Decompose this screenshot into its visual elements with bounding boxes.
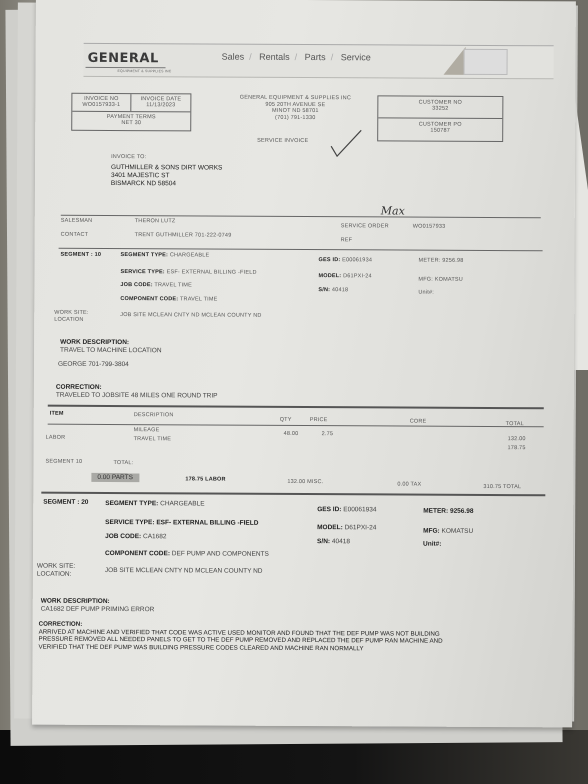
segment-20-model: MODEL: D61PXI-24 xyxy=(317,524,376,531)
segment-10-work-description: WORK DESCRIPTION: TRAVEL TO MACHINE LOCA… xyxy=(60,339,162,356)
bill-to-city: BISMARCK ND 58504 xyxy=(111,180,222,189)
segment-10-service-type: SERVICE TYPE: ESF- EXTERNAL BILLING -FIE… xyxy=(120,269,256,276)
segment-20-service-type: SERVICE TYPE: ESF- EXTERNAL BILLING -FIE… xyxy=(105,519,258,527)
segment-10-note: GEORGE 701-799-3804 xyxy=(58,361,129,368)
customer-no: 33252 xyxy=(378,105,502,112)
line-items-table: ITEM DESCRIPTION QTY PRICE CORE TOTAL LA… xyxy=(36,0,576,1)
labor-total: 178.75 LABOR xyxy=(185,476,225,482)
customer-po: 150787 xyxy=(378,127,502,134)
table-row: TRAVEL TIME 178.75 xyxy=(36,0,576,1)
segment-10-component-code: COMPONENT CODE: TRAVEL TIME xyxy=(120,296,217,303)
segment-10-mfg: MFG: KOMATSU xyxy=(418,277,463,283)
bill-to: INVOICE TO: GUTHMILLER & SONS DIRT WORKS… xyxy=(111,153,223,189)
service-order-label: SERVICE ORDER xyxy=(341,223,389,229)
corner-triangle-icon xyxy=(444,47,466,75)
header-nav: Sales/ Rentals/ Parts/ Service xyxy=(222,52,371,63)
segment-10-work-site-label: WORK SITE: LOCATION xyxy=(54,310,94,323)
segment-20-job-code: JOB CODE: CA1682 xyxy=(105,533,166,540)
company-logo: GENERAL xyxy=(88,51,159,66)
segment-10-unit: Unit#: xyxy=(418,290,434,296)
segment-20-type: SEGMENT TYPE: CHARGEABLE xyxy=(105,500,204,508)
handwritten-checkmark-icon xyxy=(329,128,363,160)
invoice-page: GENERAL EQUIPMENT & SUPPLIES INC Sales/ … xyxy=(32,0,576,727)
segment-20-correction: CORRECTION: ARRIVED AT MACHINE AND VERIF… xyxy=(38,621,442,653)
col-qty: QTY xyxy=(280,417,292,423)
segment-20-work-site-label: WORK SITE: LOCATION: xyxy=(37,563,81,578)
segment-20-work-description: WORK DESCRIPTION: CA1682 DEF PUMP PRIMIN… xyxy=(41,598,155,615)
ref-label: REF xyxy=(341,237,353,243)
contact: TRENT GUTHMILLER 701-222-0749 xyxy=(135,232,232,239)
nav-service: Service xyxy=(341,52,371,62)
salesman: THERON LUTZ xyxy=(135,218,176,224)
segment-20-unit: Unit#: xyxy=(423,541,441,548)
col-core: CORE xyxy=(410,419,427,425)
segment-10-work-site: JOB SITE MCLEAN CNTY ND MCLEAN COUNTY ND xyxy=(120,312,261,319)
company-address: GENERAL EQUIPMENT & SUPPLIES INC 905 20T… xyxy=(215,95,375,122)
invoice-date: 11/13/2023 xyxy=(131,102,190,108)
segment-10-correction: CORRECTION: TRAVELED TO JOBSITE 48 MILES… xyxy=(56,384,218,401)
segment-totals-total-label: TOTAL: xyxy=(113,460,133,466)
document-type: SERVICE INVOICE xyxy=(257,138,308,144)
misc-total: 132.00 MISC. xyxy=(287,479,323,485)
grand-total: 310.75 TOTAL xyxy=(483,484,521,490)
customer-info-box: CUSTOMER NO 33252 CUSTOMER PO 150787 xyxy=(377,95,503,142)
divider xyxy=(41,492,545,496)
parts-total: 0.00 PARTS xyxy=(91,473,139,482)
segment-20-ges-id: GES ID: E00061934 xyxy=(317,506,376,513)
invoice-no: WO0157933-1 xyxy=(72,102,130,108)
col-price: PRICE xyxy=(310,417,328,423)
segment-10-model: MODEL: D61PXI-24 xyxy=(318,273,371,279)
corner-badge xyxy=(444,47,504,75)
salesman-label: SALESMAN xyxy=(61,218,93,224)
divider xyxy=(48,405,544,409)
segment-20-sn: S/N: 40418 xyxy=(317,538,350,545)
contact-label: CONTACT xyxy=(61,232,89,238)
segment-10-header: SEGMENT : 10 xyxy=(61,252,102,258)
divider xyxy=(59,248,543,252)
segment-20-meter: METER: 9256.98 xyxy=(423,508,473,515)
segment-10-job-code: JOB CODE: TRAVEL TIME xyxy=(120,282,192,288)
segment-10-meter: METER: 9256.98 xyxy=(419,258,464,264)
corner-contact-box xyxy=(464,49,508,75)
nav-sales: Sales xyxy=(222,52,245,62)
divider xyxy=(61,215,541,219)
logo-subtitle: EQUIPMENT & SUPPLIES INC xyxy=(118,69,172,73)
segment-10-ges-id: GES ID: E00061934 xyxy=(319,257,373,263)
segment-10-sn: S/N: 40418 xyxy=(318,287,348,293)
invoice-info-box: INVOICE NO WO0157933-1 INVOICE DATE 11/1… xyxy=(71,93,191,132)
col-description: DESCRIPTION xyxy=(134,412,174,418)
col-item: ITEM xyxy=(50,411,64,417)
payment-terms: NET 30 xyxy=(72,120,190,127)
tax-total: 0.00 TAX xyxy=(397,481,421,487)
segment-20-component-code: COMPONENT CODE: DEF PUMP AND COMPONENTS xyxy=(105,550,269,558)
segment-20-header: SEGMENT : 20 xyxy=(43,499,88,506)
nav-parts: Parts xyxy=(305,52,326,62)
segment-totals-label: SEGMENT 10 xyxy=(45,459,82,465)
table-row: LABOR MILEAGE 48.00 2.75 132.00 xyxy=(36,0,576,1)
segment-20-work-site: JOB SITE MCLEAN CNTY ND MCLEAN COUNTY ND xyxy=(105,567,263,575)
service-order: WO0157933 xyxy=(413,224,446,230)
segment-20-mfg: MFG: KOMATSU xyxy=(423,528,473,535)
nav-rentals: Rentals xyxy=(259,52,290,62)
table-header-rule xyxy=(48,424,544,428)
segment-10-type: SEGMENT TYPE: CHARGEABLE xyxy=(121,252,210,258)
company-phone: (701) 791-1330 xyxy=(215,114,375,121)
